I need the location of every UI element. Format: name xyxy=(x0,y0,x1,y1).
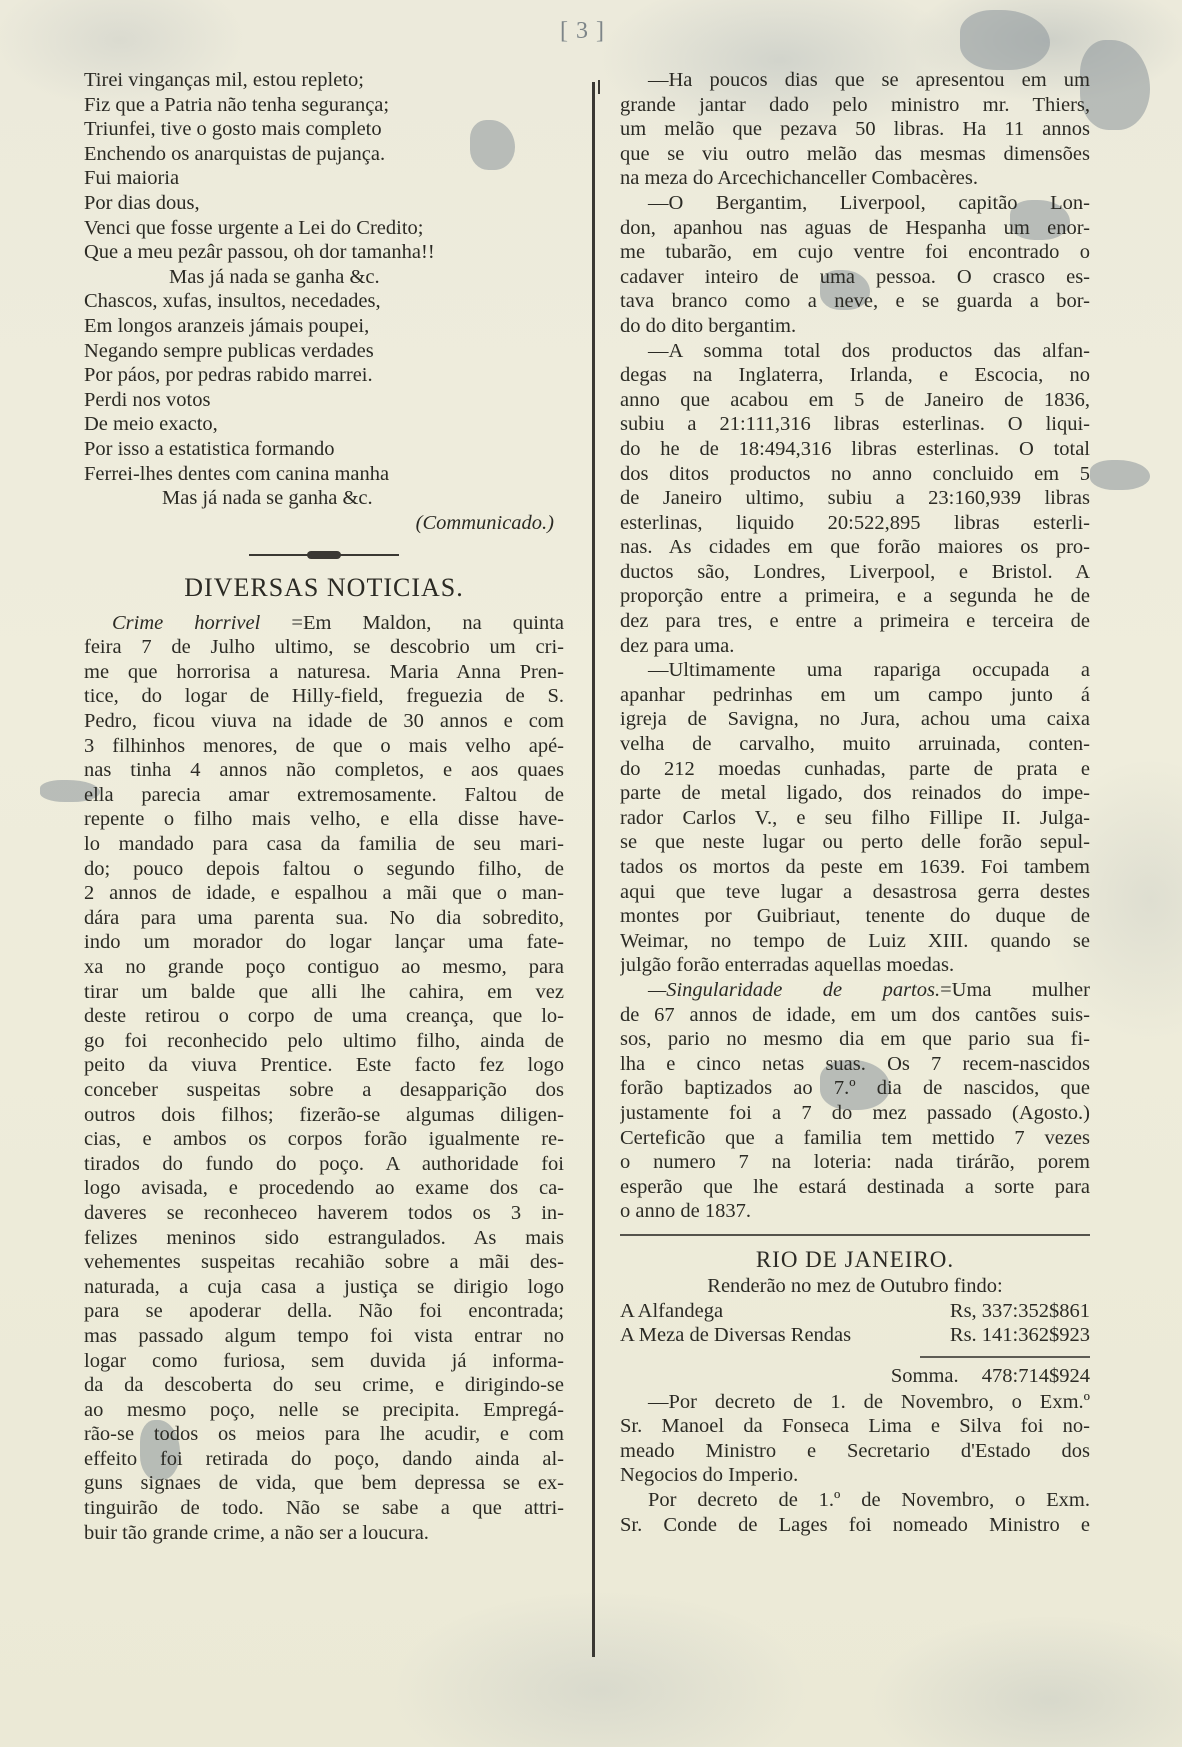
poem-signature: (Communicado.) xyxy=(84,511,564,537)
news-item-bergantim: —O Bergantim, Liverpool, capitão Lon-don… xyxy=(620,191,1090,339)
article-line: para se apoderar della. Não foi encontra… xyxy=(84,1299,564,1324)
article-line: proporção entre a primeira, e a segunda … xyxy=(620,584,1090,609)
poem-verse: Por páos, por pedras rabido marrei. xyxy=(84,363,564,388)
article-line: igreja de Savigna, no Jura, achou uma ca… xyxy=(620,707,1090,732)
poem-verse: Por isso a estatistica formando xyxy=(84,437,564,462)
ledger-amount: Rs, 337:352$861 xyxy=(950,1299,1090,1324)
column-rule-tick xyxy=(598,80,600,94)
news-item-partos: —Singularidade de partos.=Uma mulherde 6… xyxy=(620,978,1090,1224)
article-line: Weimar, no tempo de Luiz XIII. quando se xyxy=(620,929,1090,954)
ledger-sum: Somma. 478:714$924 xyxy=(620,1364,1090,1390)
heading-separator: = xyxy=(260,612,303,634)
poem-verse: Enchendo os anarquistas de pujança. xyxy=(84,142,564,167)
ledger-amount: Rs. 141:362$923 xyxy=(950,1323,1090,1348)
article-line: da da descoberta do seu crime, e dirigin… xyxy=(84,1373,564,1398)
article-line: me que horrorisa a naturesa. Maria Anna … xyxy=(84,660,564,685)
article-line: nas. As cidades em que forão maiores os … xyxy=(620,535,1090,560)
poem: Tirei vinganças mil, estou repleto;Fiz q… xyxy=(84,68,564,511)
article-line: dos ditos productos no anno concluido em… xyxy=(620,462,1090,487)
poem-refrain: Mas já nada se ganha &c. xyxy=(84,486,564,511)
article-line: conceber suspeitas sobre a desapparição … xyxy=(84,1078,564,1103)
article-line: dára para uma parenta sua. No dia sobred… xyxy=(84,906,564,931)
article-line: tice, do logar de Hilly-field, freguezia… xyxy=(84,684,564,709)
sum-label: Somma. xyxy=(891,1365,959,1387)
poem-verse: Chascos, xufas, insultos, necedades, xyxy=(84,289,564,314)
article-line: —Ha poucos dias que se apresentou em um xyxy=(620,68,1090,93)
article-line: —Singularidade de partos.=Uma mulher xyxy=(620,978,1090,1003)
poem-verse: Em longos aranzeis jámais poupei, xyxy=(84,314,564,339)
decrees: —Por decreto de 1. de Novembro, o Exm.ºS… xyxy=(620,1390,1090,1538)
decree-item: —Por decreto de 1. de Novembro, o Exm.ºS… xyxy=(620,1390,1090,1488)
right-column: —Ha poucos dias que se apresentou em umg… xyxy=(620,68,1090,1537)
article-line: na meza do Arcechichanceller Combacères. xyxy=(620,166,1090,191)
article-line: do he de 18:494,316 libras esterlinas. O… xyxy=(620,437,1090,462)
article-line: justamente foi a 7 do mez passado (Agost… xyxy=(620,1101,1090,1126)
article-line: indo um morador do logar lançar uma fate… xyxy=(84,930,564,955)
poem-verse: Negando sempre publicas verdades xyxy=(84,339,564,364)
article-line: ella parecia amar extremosamente. Faltou… xyxy=(84,783,564,808)
article-line: do 212 moedas cunhadas, parte de prata e xyxy=(620,757,1090,782)
ledger-label: A Meza de Diversas Rendas xyxy=(620,1323,851,1348)
article-line: rão-se todos os meios para lhe acudir, e… xyxy=(84,1422,564,1447)
article-text: Uma mulher xyxy=(952,979,1090,1001)
ornamental-divider xyxy=(249,551,399,559)
article-line: meado Ministro e Secretario d'Estado dos xyxy=(620,1439,1090,1464)
article-line: subiu a 21:111,316 libras esterlinas. O … xyxy=(620,412,1090,437)
article-line: vehementes suspeitas recahião sobre a mã… xyxy=(84,1250,564,1275)
article-line: degas na Inglaterra, Irlanda, e Escocia,… xyxy=(620,363,1090,388)
sum-value: 478:714$924 xyxy=(982,1365,1090,1387)
article-line: lo mandado para casa da familia de seu m… xyxy=(84,832,564,857)
article-line: aqui que teve lugar a desastrosa gerra d… xyxy=(620,880,1090,905)
poem-verse: Fui maioria xyxy=(84,166,564,191)
article-line: do; pouco depois faltou o segundo filho,… xyxy=(84,857,564,882)
article-line: grande jantar dado pelo ministro mr. Thi… xyxy=(620,93,1090,118)
column-rule xyxy=(592,82,595,1657)
water-stain xyxy=(960,10,1050,70)
ledger-rule xyxy=(920,1356,1090,1358)
poem-verse: Fiz que a Patria não tenha segurança; xyxy=(84,93,564,118)
article-line: 2 annos de idade, e espalhou a mãi que o… xyxy=(84,881,564,906)
article-line: mas passado algum tempo foi vista entrar… xyxy=(84,1324,564,1349)
article-line: de 67 annos de idade, em um dos cantões … xyxy=(620,1003,1090,1028)
article-line: cias, e ambos os corpos forão igualmente… xyxy=(84,1127,564,1152)
article-line: tados os mortos da peste em 1639. Foi ta… xyxy=(620,855,1090,880)
ledger-label: A Alfandega xyxy=(620,1299,723,1324)
poem-verse: Perdi nos votos xyxy=(84,388,564,413)
news-item-alfandegas: —A somma total dos productos das alfan-d… xyxy=(620,339,1090,659)
rio-subtitle: Renderão no mez de Outubro findo: xyxy=(620,1274,1090,1299)
article-line: outros dois filhos; fizerão-se algumas d… xyxy=(84,1103,564,1128)
article-line: don, apanhou nas aguas de Hespanha um en… xyxy=(620,216,1090,241)
rio-title: RIO DE JANEIRO. xyxy=(620,1246,1090,1274)
article-line: feira 7 de Julho ultimo, se descobrio um… xyxy=(84,635,564,660)
article-line: velha de carvalho, muito arruinada, cont… xyxy=(620,732,1090,757)
article-line: Certeficão que a familia tem mettido 7 v… xyxy=(620,1126,1090,1151)
article-line: tirados do fundo do poço. A authoridade … xyxy=(84,1152,564,1177)
article-line: 3 filhinhos menores, de que o mais velho… xyxy=(84,734,564,759)
article-line: repente o filho mais velho, e ella disse… xyxy=(84,807,564,832)
newspaper-page: [ 3 ] Tirei vinganças mil, estou repleto… xyxy=(0,0,1182,1747)
article-line: tirar um balde que alli lhe cahira, em v… xyxy=(84,980,564,1005)
ledger-row: A Meza de Diversas RendasRs. 141:362$923 xyxy=(620,1323,1090,1348)
article-line: Crime horrivel =Em Maldon, na quinta xyxy=(84,611,564,636)
poem-verse: Ferrei-lhes dentes com canina manha xyxy=(84,462,564,487)
poem-verse: De meio exacto, xyxy=(84,412,564,437)
poem-verse: Por dias dous, xyxy=(84,191,564,216)
poem-verse: Triunfei, tive o gosto mais completo xyxy=(84,117,564,142)
ledger-row: A AlfandegaRs, 337:352$861 xyxy=(620,1299,1090,1324)
left-column: Tirei vinganças mil, estou repleto;Fiz q… xyxy=(84,68,564,1545)
ledger-value: 141:362$923 xyxy=(982,1324,1090,1346)
article-line: ao mesmo poço, nelle se precipita. Empre… xyxy=(84,1398,564,1423)
rio-section: RIO DE JANEIRO. Renderão no mez de Outub… xyxy=(620,1246,1090,1390)
water-stain xyxy=(1090,460,1150,490)
section-title: DIVERSAS NOTICIAS. xyxy=(84,573,564,603)
article-line: anno que acabou em 5 de Janeiro de 1836, xyxy=(620,388,1090,413)
section-rule xyxy=(620,1234,1090,1236)
article-line: esterlinas, liquido 20:522,895 libras es… xyxy=(620,511,1090,536)
article-line: daveres se reconheceo haverem todos os 3… xyxy=(84,1201,564,1226)
article-line: o anno de 1837. xyxy=(620,1199,1090,1224)
article-line: tinguirão de todo. Não se sabe a que att… xyxy=(84,1496,564,1521)
article-line: rador Carlos V., e seu filho Fillipe II.… xyxy=(620,806,1090,831)
article-heading: —Singularidade de partos. xyxy=(648,979,940,1001)
article-line: forão baptizados ao 7.º dia de nascidos,… xyxy=(620,1076,1090,1101)
article-line: xa no grande poço contiguo ao mesmo, par… xyxy=(84,955,564,980)
article-line: apanhar pedrinhas em um campo junto á xyxy=(620,683,1090,708)
article-line: Sr. Conde de Lages foi nomeado Ministro … xyxy=(620,1513,1090,1538)
article-line: do do dito bergantim. xyxy=(620,314,1090,339)
water-stain xyxy=(1080,40,1150,130)
article-heading: Crime horrivel xyxy=(112,612,260,634)
article-line: nas tinha 4 annos não completos, e aos q… xyxy=(84,758,564,783)
poem-verse: Venci que fosse urgente a Lei do Credito… xyxy=(84,216,564,241)
ledger-value: 337:352$861 xyxy=(982,1300,1090,1322)
article-line: sos, pario no mesmo dia em que pario sua… xyxy=(620,1027,1090,1052)
article-line: de Janeiro ultimo, subiu a 23:160,939 li… xyxy=(620,486,1090,511)
article-line: que se viu outro melão das mesmas dimens… xyxy=(620,142,1090,167)
poem-refrain: Mas já nada se ganha &c. xyxy=(84,265,564,290)
article-line: parte de metal ligado, dos reinados do i… xyxy=(620,781,1090,806)
article-line: julgão forão enterradas aquellas moedas. xyxy=(620,953,1090,978)
article-line: ductos são, Londres, Liverpool, e Bristo… xyxy=(620,560,1090,585)
article-line: naturada, a cuja casa a justiça se dirig… xyxy=(84,1275,564,1300)
article-line: —Ultimamente uma rapariga occupada a xyxy=(620,658,1090,683)
article-line: dez para uma. xyxy=(620,634,1090,659)
article-line: cadaver inteiro de uma pessoa. O crasco … xyxy=(620,265,1090,290)
article-line: logar como furiosa, sem duvida já inform… xyxy=(84,1349,564,1374)
article-line: Sr. Manoel da Fonseca Lima e Silva foi n… xyxy=(620,1414,1090,1439)
article-line: —Por decreto de 1. de Novembro, o Exm.º xyxy=(620,1390,1090,1415)
news-items: —Ha poucos dias que se apresentou em umg… xyxy=(620,68,1090,1224)
article-line: Negocios do Imperio. xyxy=(620,1463,1090,1488)
article-line: effeito foi retirada do poço, dando aind… xyxy=(84,1447,564,1472)
article-line: deste retirou o corpo de uma creança, qu… xyxy=(84,1004,564,1029)
crime-article: Crime horrivel =Em Maldon, na quintafeir… xyxy=(84,611,564,1546)
article-line: esperão que lhe estará destinada a sorte… xyxy=(620,1175,1090,1200)
article-line: tava branco como a neve, e se guarda a b… xyxy=(620,289,1090,314)
page-number: [ 3 ] xyxy=(560,18,605,45)
article-line: montes por Guibriaut, tenente do duque d… xyxy=(620,904,1090,929)
poem-verse: Tirei vinganças mil, estou repleto; xyxy=(84,68,564,93)
revenue-ledger: A AlfandegaRs, 337:352$861A Meza de Dive… xyxy=(620,1299,1090,1348)
article-line: Pedro, ficou viuva na idade de 30 annos … xyxy=(84,709,564,734)
article-line: o numero 7 na loteria: nada tirárão, por… xyxy=(620,1150,1090,1175)
article-line: logo avisada, e procedendo ao exame dos … xyxy=(84,1176,564,1201)
poem-verse: Que a meu pezâr passou, oh dor tamanha!! xyxy=(84,240,564,265)
ledger-currency: Rs, xyxy=(950,1300,982,1322)
article-line: peito da viuva Prentice. Este facto fez … xyxy=(84,1053,564,1078)
article-line: —O Bergantim, Liverpool, capitão Lon- xyxy=(620,191,1090,216)
article-line: me tubarão, em cujo ventre foi encontrad… xyxy=(620,240,1090,265)
article-text: Em Maldon, na quinta xyxy=(303,612,564,634)
news-item-melao: —Ha poucos dias que se apresentou em umg… xyxy=(620,68,1090,191)
article-line: guns signaes de vida, que bem depressa s… xyxy=(84,1471,564,1496)
news-item-moedas: —Ultimamente uma rapariga occupada aapan… xyxy=(620,658,1090,978)
article-line: se que neste lugar ou perto delle forão … xyxy=(620,830,1090,855)
article-line: dez para tres, e entre a primeira e terc… xyxy=(620,609,1090,634)
article-line: Por decreto de 1.º de Novembro, o Exm. xyxy=(620,1488,1090,1513)
decree-item: Por decreto de 1.º de Novembro, o Exm.Sr… xyxy=(620,1488,1090,1537)
article-line: um melão que pezava 50 libras. Ha 11 ann… xyxy=(620,117,1090,142)
article-line: —A somma total dos productos das alfan- xyxy=(620,339,1090,364)
article-line: felizes meninos sido estrangulados. As m… xyxy=(84,1226,564,1251)
article-line: buir tão grande crime, a não ser a loucu… xyxy=(84,1521,564,1546)
ledger-currency: Rs. xyxy=(950,1324,982,1346)
article-line: go foi reconhecido pelo ultimo filho, ai… xyxy=(84,1029,564,1054)
article-line: lha e cinco netas suas. Os 7 recem-nasci… xyxy=(620,1052,1090,1077)
heading-separator: = xyxy=(940,979,952,1001)
